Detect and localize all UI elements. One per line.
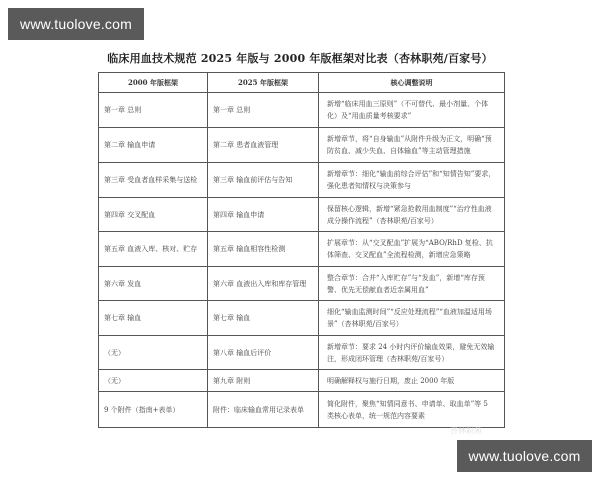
table-row: 第二章 输血申请第二章 患者血液管理新增章节，将“自身输血”从附件升级为正文，明… [99,128,505,163]
cell-notes: 简化附件，聚焦“知情同意书、申请单、取血单”等 5 类核心表单，统一规范内容要素 [319,392,505,428]
cell-2025: 第九章 附则 [208,370,319,392]
cell-2000: 第六章 发血 [99,267,208,301]
cell-2000: （无） [99,336,208,370]
cell-notes: 明确解释权与施行日期，废止 2000 年版 [319,370,505,392]
header-notes: 核心调整说明 [319,73,505,93]
cell-2025: 第四章 输血申请 [208,198,319,232]
cell-2025: 第六章 血液出入库和库存管理 [208,267,319,301]
header-2025: 2025 年版框架 [208,73,319,93]
cell-notes: 新增章节：细化“输血前综合评估”和“知情告知”要求，强化患者知情权与决策参与 [319,163,505,198]
photo-credit-watermark: 杏林职苑 [450,425,482,436]
cell-2000: 9 个附件（指南+表单） [99,392,208,428]
cell-2025: 第七章 输血 [208,301,319,336]
comparison-table: 2000 年版框架 2025 年版框架 核心调整说明 第一章 总则第一章 总则新… [98,72,505,428]
table-row: 第四章 交叉配血第四章 输血申请保留核心逻辑，新增“紧急抢救用血制度”“治疗性血… [99,198,505,232]
table-header-row: 2000 年版框架 2025 年版框架 核心调整说明 [99,73,505,93]
table-row: 9 个附件（指南+表单）附件：临床输血常用记录表单简化附件，聚焦“知情同意书、申… [99,392,505,428]
table-row: （无）第八章 输血后评价新增章节：要求 24 小时内评价输血效果，避免无效输注，… [99,336,505,370]
cell-notes: 整合章节：合并“入库贮存”与“发血”，新增“库存预警、优先无偿献血者近亲属用血” [319,267,505,301]
cell-2000: 第七章 输血 [99,301,208,336]
table-row: 第五章 血液入库、核对、贮存第五章 输血相容性检测扩展章节：从“交叉配血”扩展为… [99,232,505,267]
header-2000: 2000 年版框架 [99,73,208,93]
table-row: 第七章 输血第七章 输血细化“输血监测时间”“反应处理流程”“血液加温适用场景”… [99,301,505,336]
cell-notes: 新增“临床用血三原则”（不可替代、最小剂量、个体化）及“用血质量考核要求” [319,93,505,128]
cell-2000: 第二章 输血申请 [99,128,208,163]
cell-2000: 第一章 总则 [99,93,208,128]
cell-2025: 第一章 总则 [208,93,319,128]
table-row: 第六章 发血第六章 血液出入库和库存管理整合章节：合并“入库贮存”与“发血”，新… [99,267,505,301]
cell-notes: 扩展章节：从“交叉配血”扩展为“ABO/RhD 复检、抗体筛查、交叉配血”全流程… [319,232,505,267]
cell-2000: 第三章 受血者血样采集与送检 [99,163,208,198]
table-row: 第三章 受血者血样采集与送检第三章 输血前评估与告知新增章节：细化“输血前综合评… [99,163,505,198]
cell-notes: 新增章节，将“自身输血”从附件升级为正文，明确“预防贫血、减少失血、自体输血”等… [319,128,505,163]
cell-notes: 保留核心逻辑，新增“紧急抢救用血制度”“治疗性血液成分操作流程”（杏林职苑/百家… [319,198,505,232]
cell-2000: 第四章 交叉配血 [99,198,208,232]
cell-notes: 细化“输血监测时间”“反应处理流程”“血液加温适用场景”（杏林职苑/百家号） [319,301,505,336]
cell-2000: 第五章 血液入库、核对、贮存 [99,232,208,267]
table-row: 第一章 总则第一章 总则新增“临床用血三原则”（不可替代、最小剂量、个体化）及“… [99,93,505,128]
watermark-bottom: www.tuolove.com [457,440,592,472]
cell-notes: 新增章节：要求 24 小时内评价输血效果，避免无效输注，形成闭环管理（杏林职苑/… [319,336,505,370]
cell-2025: 第二章 患者血液管理 [208,128,319,163]
cell-2025: 附件：临床输血常用记录表单 [208,392,319,428]
cell-2025: 第八章 输血后评价 [208,336,319,370]
watermark-top: www.tuolove.com [8,8,144,40]
cell-2025: 第五章 输血相容性检测 [208,232,319,267]
table-row: （无）第九章 附则明确解释权与施行日期，废止 2000 年版 [99,370,505,392]
document-title: 临床用血技术规范 2025 年版与 2000 年版框架对比表（杏林职苑/百家号） [0,50,600,66]
cell-2000: （无） [99,370,208,392]
cell-2025: 第三章 输血前评估与告知 [208,163,319,198]
